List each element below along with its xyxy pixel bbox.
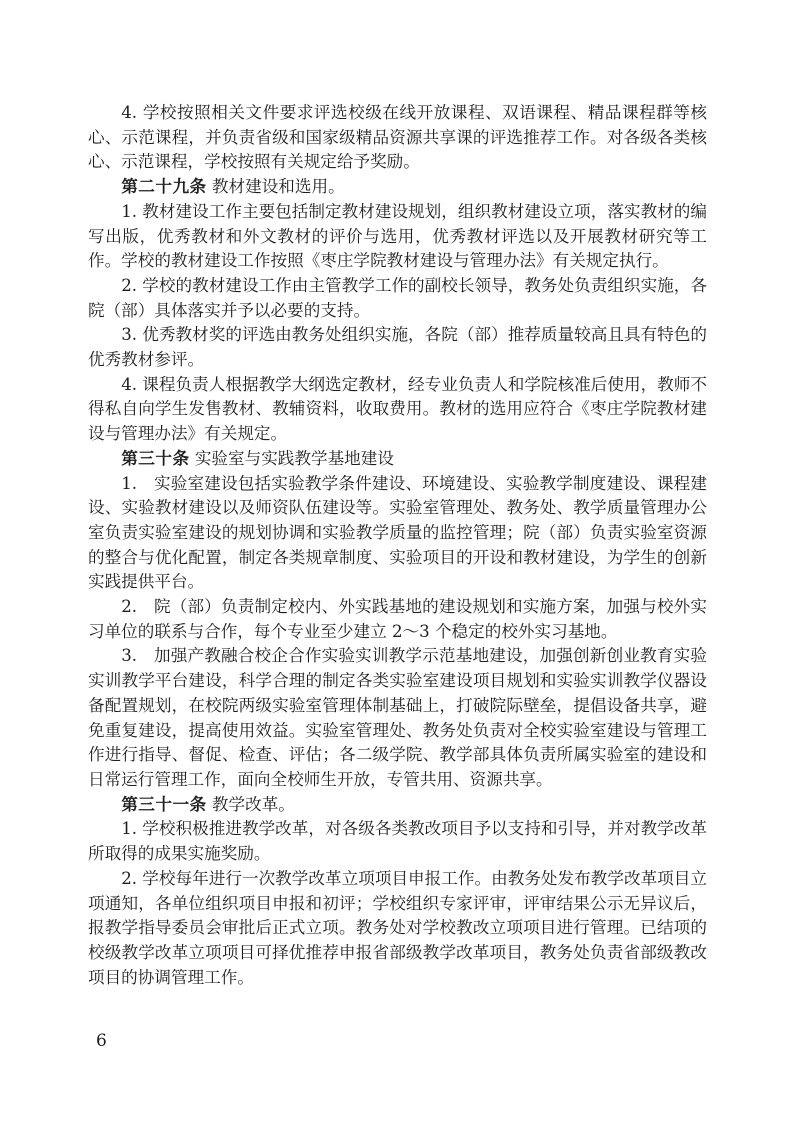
paragraph: 4. 学校按照相关文件要求评选校级在线开放课程、双语课程、精品课程群等核心、示范… <box>88 101 707 175</box>
clause-title: 教学改革。 <box>207 795 295 814</box>
page-number: 6 <box>96 1030 107 1052</box>
document-body: 4. 学校按照相关文件要求评选校级在线开放课程、双语课程、精品课程群等核心、示范… <box>88 101 707 990</box>
paragraph: 2. 学校的教材建设工作由主管教学工作的副校长领导，教务处负责组织实施，各院（部… <box>88 274 707 323</box>
clause-title: 实验室与实践教学基地建设 <box>190 449 394 468</box>
paragraph-text: 1. 教材建设工作主要包括制定教材建设规划，组织教材建设立项，落实教材的编写出版… <box>88 202 707 270</box>
paragraph-text: 4. 课程负责人根据教学大纲选定教材，经专业负责人和学院核准后使用，教师不得私自… <box>88 375 707 443</box>
paragraph: 2. 学校每年进行一次教学改革立项项目申报工作。由教务处发布教学改革项目立项通知… <box>88 867 707 991</box>
clause-heading: 第三十一条 教学改革。 <box>88 793 707 818</box>
clause-number: 第三十一条 <box>121 795 206 814</box>
clause-number: 第二十九条 <box>121 177 206 196</box>
clause-title: 教材建设和选用。 <box>207 177 345 196</box>
paragraph-text: 3. 加强产教融合校企合作实验实训教学示范基地建设，加强创新创业教育实验实训教学… <box>88 646 707 789</box>
paragraph-text: 4. 学校按照相关文件要求评选校级在线开放课程、双语课程、精品课程群等核心、示范… <box>88 103 707 171</box>
paragraph: 1. 学校积极推进教学改革，对各级各类教改项目予以支持和引导，并对教学改革所取得… <box>88 817 707 866</box>
paragraph: 4. 课程负责人根据教学大纲选定教材，经专业负责人和学院核准后使用，教师不得私自… <box>88 373 707 447</box>
paragraph: 3. 优秀教材奖的评选由教务处组织实施，各院（部）推荐质量较高且具有特色的优秀教… <box>88 323 707 372</box>
paragraph-text: 1. 学校积极推进教学改革，对各级各类教改项目予以支持和引导，并对教学改革所取得… <box>88 819 707 863</box>
clause-heading: 第三十条 实验室与实践教学基地建设 <box>88 447 707 472</box>
paragraph-text: 2. 学校的教材建设工作由主管教学工作的副校长领导，教务处负责组织实施，各院（部… <box>88 276 707 320</box>
paragraph-text: 2. 院（部）负责制定校内、外实践基地的建设规划和实施方案，加强与校外实习单位的… <box>88 597 707 641</box>
paragraph: 1. 实验室建设包括实验教学条件建设、环境建设、实验教学制度建设、课程建设、实验… <box>88 472 707 596</box>
paragraph: 3. 加强产教融合校企合作实验实训教学示范基地建设，加强创新创业教育实验实训教学… <box>88 644 707 792</box>
clause-heading: 第二十九条 教材建设和选用。 <box>88 175 707 200</box>
paragraph: 2. 院（部）负责制定校内、外实践基地的建设规划和实施方案，加强与校外实习单位的… <box>88 595 707 644</box>
clause-number: 第三十条 <box>121 449 189 468</box>
paragraph: 1. 教材建设工作主要包括制定教材建设规划，组织教材建设立项，落实教材的编写出版… <box>88 200 707 274</box>
paragraph-text: 3. 优秀教材奖的评选由教务处组织实施，各院（部）推荐质量较高且具有特色的优秀教… <box>88 325 707 369</box>
document-page: 4. 学校按照相关文件要求评选校级在线开放课程、双语课程、精品课程群等核心、示范… <box>0 0 795 1124</box>
paragraph-text: 2. 学校每年进行一次教学改革立项项目申报工作。由教务处发布教学改革项目立项通知… <box>88 869 707 987</box>
paragraph-text: 1. 实验室建设包括实验教学条件建设、环境建设、实验教学制度建设、课程建设、实验… <box>88 474 707 592</box>
